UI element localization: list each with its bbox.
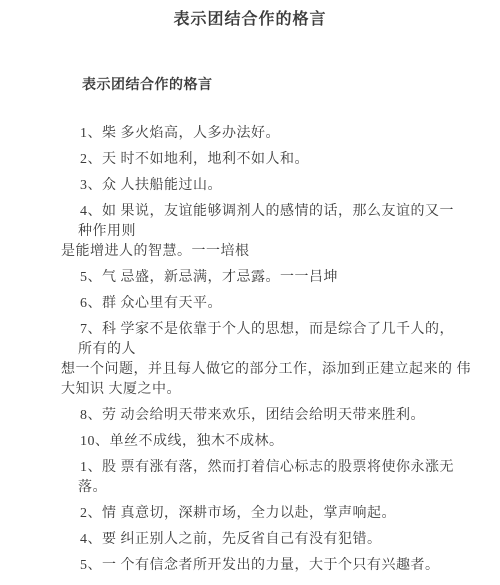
text-line: 7、科 学家不是依靠于个人的思想，而是综合了几千人的， (61, 320, 480, 340)
section-heading: 表示团结合作的格言 (82, 76, 500, 96)
text-line: 3、众 人扶船能过山。 (61, 176, 480, 196)
text-line: 种作用则 (61, 222, 480, 242)
text-line: 2、天 时不如地利，地利不如人和。 (61, 150, 480, 170)
text-line: 10、单丝不成线，独木不成林。 (61, 432, 480, 452)
text-line: 8、劳 动会给明天带来欢乐，团结会给明天带来胜利。 (61, 406, 480, 426)
text-line: 1、柴 多火焰高，人多办法好。 (61, 124, 480, 144)
text-line: 4、如 果说，友谊能够调剂人的感情的话，那么友谊的又一 (61, 202, 480, 222)
text-line: 是能增进人的智慧。一一培根 (61, 242, 480, 262)
document-body: 1、柴 多火焰高，人多办法好。2、天 时不如地利，地利不如人和。3、众 人扶船能… (0, 96, 500, 576)
text-line: 大知识 大厦之中。 (61, 380, 480, 400)
text-line: 所有的人 (61, 340, 480, 360)
text-line: 5、气 忌盛，新忌满，才忌露。一一吕坤 (61, 268, 480, 288)
text-line: 4、要 纠正别人之前，先反省自己有没有犯错。 (61, 530, 480, 550)
text-line: 想一个问题，并且每人做它的部分工作，添加到正建立起来的 伟 (61, 360, 480, 380)
text-line: 6、群 众心里有天平。 (61, 294, 480, 314)
document-page: 表示团结合作的格言 表示团结合作的格言 1、柴 多火焰高，人多办法好。2、天 时… (0, 0, 500, 585)
text-line: 2、情 真意切，深耕市场，全力以赴，掌声响起。 (61, 504, 480, 524)
text-line: 5、一 个有信念者所开发出的力量，大于个只有兴趣者。 (61, 556, 480, 576)
page-title: 表示团结合作的格言 (0, 0, 500, 30)
text-line: 落。 (61, 478, 480, 498)
text-line: 1、股 票有涨有落，然而打着信心标志的股票将使你永涨无 (61, 458, 480, 478)
